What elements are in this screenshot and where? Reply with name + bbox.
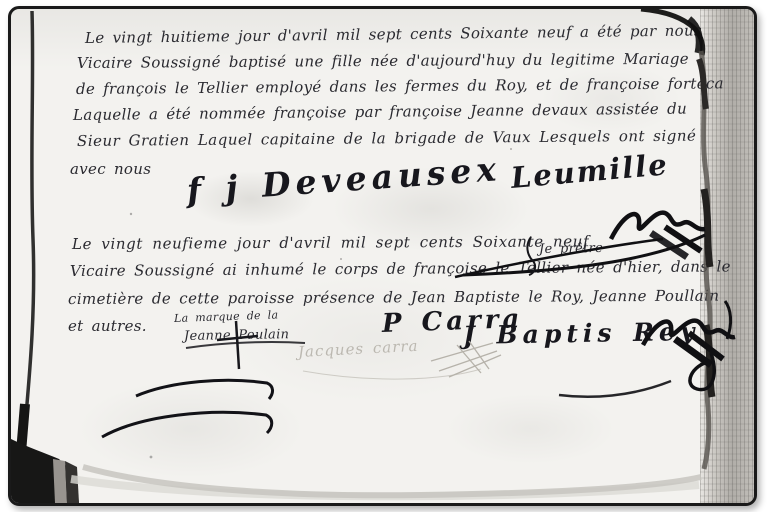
- baptism-line-2: Vicaire Soussigné baptisé une fille née …: [77, 50, 689, 72]
- roy-signature: J Baptis Rey: [463, 317, 700, 350]
- baptism-line-1: Le vingt huitieme jour d'avril mil sept …: [85, 21, 702, 47]
- binding-shadow: [19, 11, 34, 477]
- burial-line-3: cimetière de cette paroisse présence de …: [68, 287, 719, 308]
- burial-line-2: Vicaire Soussigné ai inhumé le corps de …: [70, 257, 731, 280]
- burial-line-1: Le vingt neufieme jour d'avril mil sept …: [72, 232, 589, 253]
- witness-signature: Leumille: [510, 147, 670, 195]
- pen-flourishes: [102, 380, 273, 437]
- pencil-note: Jacques carra: [298, 337, 419, 361]
- godmother-signature: f j Deveausex: [186, 149, 502, 210]
- mark-caption-line-2: Jeanne Poulain: [184, 327, 290, 344]
- burial-line-4: et autres.: [68, 317, 147, 335]
- scanned-register-photo: Le vingt huitieme jour d'avril mil sept …: [8, 6, 757, 506]
- page-bottom-shadow: [71, 467, 701, 496]
- baptism-line-4: Laquelle a été nommée françoise par fran…: [73, 100, 687, 124]
- baptism-line-6: avec nous: [70, 160, 151, 178]
- baptism-line-5: Sieur Gratien Laquel capitaine de la bri…: [77, 127, 697, 150]
- baptism-line-3: de françois le Tellier employé dans les …: [76, 74, 724, 98]
- mark-caption-line-1: La marque de la: [174, 308, 279, 325]
- bottom-left-table-corner: [11, 439, 79, 503]
- burial-insertion-je-pretre: Je prêtre: [539, 241, 603, 257]
